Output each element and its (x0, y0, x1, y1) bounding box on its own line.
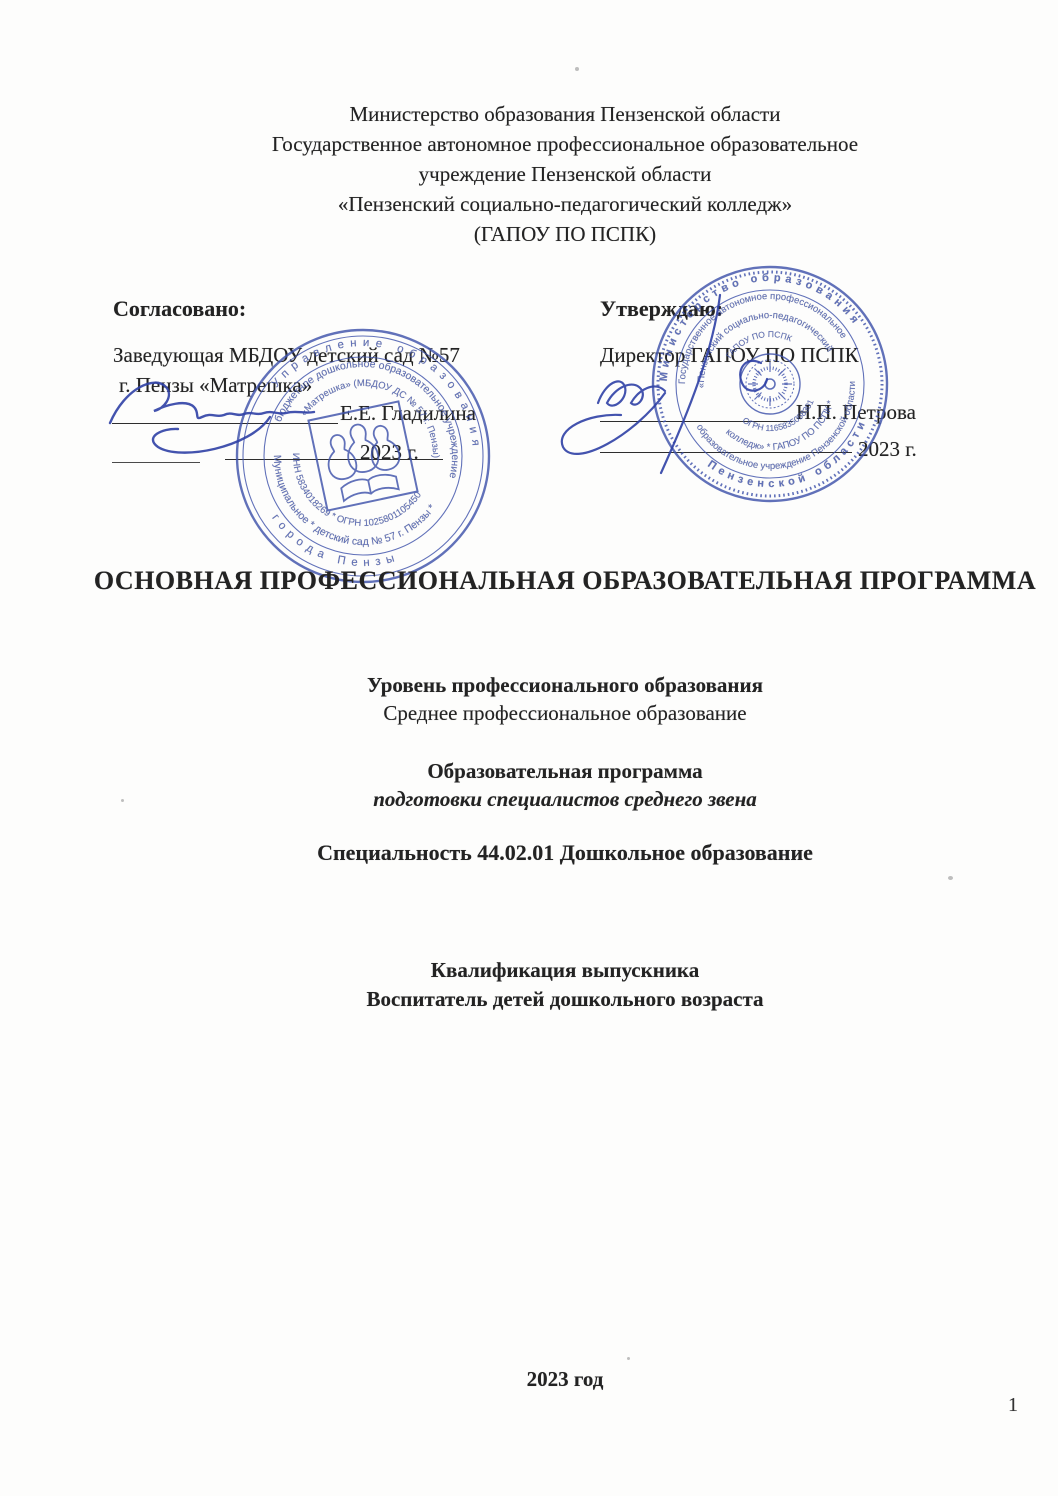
scan-speck (121, 799, 124, 802)
header-line-institution: Государственное автономное профессиональ… (70, 129, 1058, 159)
program-value: подготовки специалистов среднего звена (70, 784, 1058, 814)
petrova-signature (553, 283, 808, 488)
document-page: Министерство образования Пензенской обла… (0, 0, 1058, 1496)
header-line-region: учреждение Пензенской области (70, 159, 1058, 189)
education-level-heading: Уровень профессионального образования (70, 670, 1058, 700)
qualification-value: Воспитатель детей дошкольного возраста (70, 984, 1058, 1014)
scan-speck (948, 876, 953, 880)
header-line-ministry: Министерство образования Пензенской обла… (70, 99, 1058, 129)
scan-speck (575, 67, 579, 71)
education-level-value: Среднее профессиональное образование (70, 698, 1058, 728)
agreed-heading: Согласовано: (113, 296, 246, 322)
header-line-abbrev: (ГАПОУ ПО ПСПК) (70, 219, 1058, 249)
page-number: 1 (1008, 1394, 1018, 1417)
qualification-heading: Квалификация выпускника (70, 955, 1058, 985)
footer-year: 2023 год (70, 1364, 1058, 1394)
document-title: ОСНОВНАЯ ПРОФЕССИОНАЛЬНАЯ ОБРАЗОВАТЕЛЬНА… (70, 566, 1058, 596)
program-heading: Образовательная программа (70, 756, 1058, 786)
scan-speck (627, 1357, 630, 1360)
agreed-date-line-short (112, 462, 200, 463)
header-line-college: «Пензенский социально-педагогический кол… (70, 189, 1058, 219)
specialty-line: Специальность 44.02.01 Дошкольное образо… (70, 840, 1058, 866)
gladilina-signature (100, 373, 360, 461)
ministry-header: Министерство образования Пензенской обла… (70, 99, 1058, 249)
